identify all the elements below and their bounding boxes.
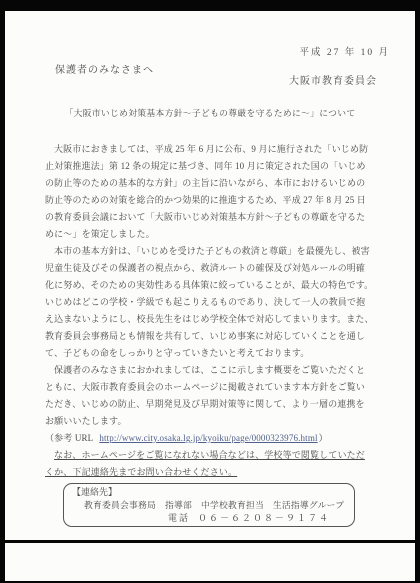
note-line: なお、ホームページをご覧になれない場合などは、学校等で閲覧していただ: [45, 447, 381, 464]
document-date: 平成 27 年 10 月: [299, 44, 390, 58]
body-line: いじめはどこの学校・学級でも起こりえるものであり、決して一人の教員で抱: [45, 294, 381, 311]
reference-url-line: （参考 URLhttp://www.city.osaka.lg.jp/kyoik…: [45, 430, 381, 447]
body-line: めに～」を策定しました。: [45, 226, 381, 243]
document-body: 大阪市におきましては、平成 25 年 6 月に公布、9 月に施行された「いじめ防…: [45, 141, 381, 481]
body-line: 止対策推進法」第 12 条の規定に基づき、同年 10 月に策定された国の「いじめ: [45, 158, 381, 175]
body-line: お願いいたします。: [45, 413, 381, 430]
body-line: え込まないようにし、校長先生をはじめ学校全体で対応してまいります。また、: [45, 311, 381, 328]
phone-label: 電話: [168, 513, 190, 523]
body-line: 保護者のみなさまにおかれましては、ここに示します概要をご覧いただくと: [45, 362, 381, 379]
body-line: の教育委員会議において「大阪市いじめ対策基本方針～子どもの尊厳を守るた: [45, 209, 381, 226]
contact-heading: 【連絡先】: [72, 486, 344, 499]
scanned-letter-view: { "doc": { "date": "平成 27 年 10 月", "reci…: [0, 0, 420, 583]
body-line: 本市の基本方針は、「いじめを受けた子どもの救済と尊厳」を最優先し、被害: [45, 243, 381, 260]
reference-url-link[interactable]: http://www.city.osaka.lg.jp/kyoiku/page/…: [99, 433, 317, 443]
body-line: ともに、大阪市教育委員会のホームページに掲載されています本方針をご覧い: [45, 379, 381, 396]
body-line: ただき、いじめの防止、早期発見及び早期対策等に関して、より一層の連携を: [45, 396, 381, 413]
sender-organization: 大阪市教育委員会: [289, 72, 377, 87]
recipient-line: 保護者のみなさまへ: [55, 61, 154, 76]
phone-number: ０６－６２０８－９１７４: [198, 513, 330, 523]
document-page: 平成 27 年 10 月 保護者のみなさまへ 大阪市教育委員会 「大阪市いじめ対…: [5, 11, 415, 540]
document-title: 「大阪市いじめ対策基本方針～子どもの尊厳を守るために～」について: [5, 106, 415, 119]
contact-department: 教育委員会事務局 指導部 中学校教育担当 生活指導グループ: [72, 499, 344, 512]
reference-url-label: （参考 URL: [45, 433, 93, 443]
body-line: 防止等のための対策を総合的かつ効果的に推進するため、平成 27 年 8 月 25…: [45, 192, 381, 209]
body-line: て、子どもの命をしっかりと守っていきたいと考えております。: [45, 345, 381, 362]
body-line: の防止等のための基本的な方針」の主旨に沿いながら、本市におけるいじめの: [45, 175, 381, 192]
contact-info-box: 【連絡先】 教育委員会事務局 指導部 中学校教育担当 生活指導グループ 電話０６…: [63, 483, 355, 527]
body-line: 大阪市におきましては、平成 25 年 6 月に公布、9 月に施行された「いじめ防: [45, 141, 381, 158]
reference-url-close: ）: [319, 433, 328, 443]
paragraph-1: 大阪市におきましては、平成 25 年 6 月に公布、9 月に施行された「いじめ防…: [45, 141, 381, 243]
paragraph-3: 保護者のみなさまにおかれましては、ここに示します概要をご覧いただくと ともに、大…: [45, 362, 381, 430]
next-page-edge: [5, 543, 415, 581]
note-line: くか、下記連絡先までお問い合わせください。: [45, 464, 381, 481]
body-line: 児童生徒及びその保護者の視点から、救済ルートの確保及び対処ルールの明確: [45, 260, 381, 277]
body-line: 化に努め、そのための実効性ある具体策に絞っていることが、最大の特色です。: [45, 277, 381, 294]
contact-phone-line: 電話０６－６２０８－９１７４: [72, 512, 344, 525]
body-line: 教育委員会事務局とも情報を共有して、いじめ事案に対応していくことを通し: [45, 328, 381, 345]
paragraph-2: 本市の基本方針は、「いじめを受けた子どもの救済と尊厳」を最優先し、被害 児童生徒…: [45, 243, 381, 362]
